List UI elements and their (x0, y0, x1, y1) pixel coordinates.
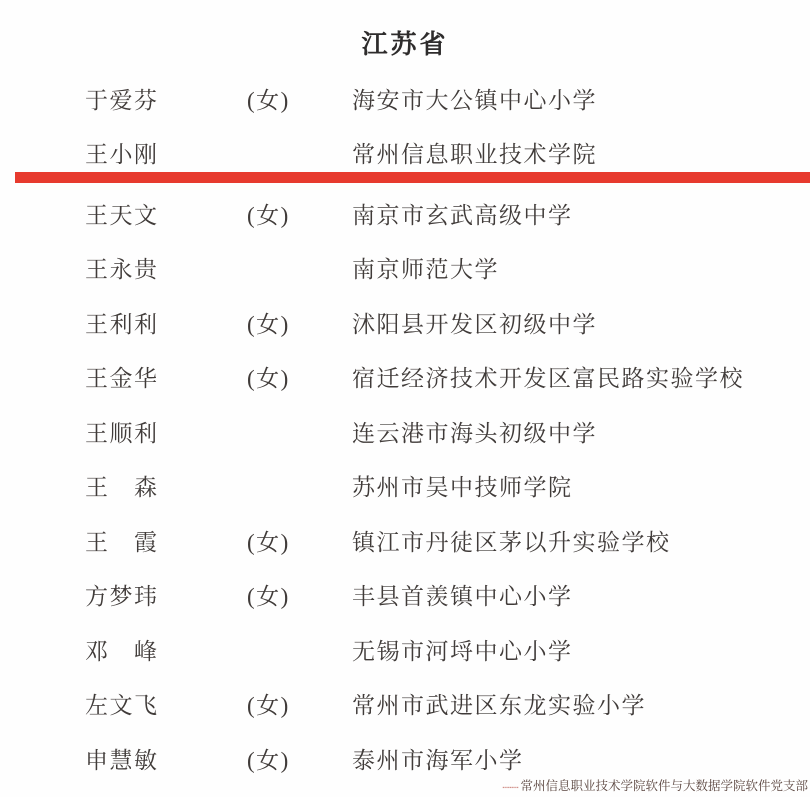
organization: 苏州市吴中技师学院 (352, 469, 573, 502)
table-row: 王天文 (女) 南京市玄武高级中学 (0, 197, 810, 227)
table-row: 王金华 (女) 宿迁经济技术开发区富民路实验学校 (0, 360, 810, 390)
table-row: 王小刚 常州信息职业技术学院 (0, 136, 810, 166)
highlight-underline (15, 172, 810, 183)
table-row: 王 霞 (女) 镇江市丹徒区茅以升实验学校 (0, 524, 810, 554)
organization: 南京市玄武高级中学 (352, 197, 573, 230)
table-row: 王顺利 连云港市海头初级中学 (0, 415, 810, 445)
organization: 常州信息职业技术学院 (352, 136, 597, 169)
person-name: 王顺利 (85, 415, 159, 448)
organization: 无锡市河埒中心小学 (352, 633, 573, 666)
person-name: 申慧敏 (85, 742, 159, 775)
person-name: 王小刚 (85, 136, 159, 169)
gender-label: (女) (247, 524, 290, 557)
person-name: 王利利 (85, 306, 159, 339)
table-row: 王利利 (女) 沭阳县开发区初级中学 (0, 306, 810, 336)
table-row: 左文飞 (女) 常州市武进区东龙实验小学 (0, 687, 810, 717)
organization: 海安市大公镇中心小学 (352, 82, 597, 115)
person-name: 邓 峰 (85, 633, 159, 666)
person-name: 王 霞 (85, 524, 159, 557)
organization: 常州市武进区东龙实验小学 (352, 687, 646, 720)
document-page: 江苏省 于爱芬 (女) 海安市大公镇中心小学 王小刚 常州信息职业技术学院 王天… (0, 0, 810, 797)
person-name: 王天文 (85, 197, 159, 230)
gender-label: (女) (247, 578, 290, 611)
organization: 南京师范大学 (352, 251, 499, 284)
watermark-prefix-marks: ▪▪▪▪▪▪▪▪▪ (503, 786, 519, 791)
organization: 镇江市丹徒区茅以升实验学校 (352, 524, 671, 557)
organization: 丰县首羡镇中心小学 (352, 578, 573, 611)
organization: 沭阳县开发区初级中学 (352, 306, 597, 339)
table-row: 王永贵 南京师范大学 (0, 251, 810, 281)
organization: 泰州市海军小学 (352, 742, 524, 775)
person-name: 方梦玮 (85, 578, 159, 611)
gender-label: (女) (247, 306, 290, 339)
table-row: 方梦玮 (女) 丰县首羡镇中心小学 (0, 578, 810, 608)
gender-label: (女) (247, 687, 290, 720)
organization: 连云港市海头初级中学 (352, 415, 597, 448)
watermark: ▪▪▪▪▪▪▪▪▪ 常州信息职业技术学院软件与大数据学院软件党支部 (503, 776, 808, 794)
province-title: 江苏省 (0, 24, 810, 61)
person-name: 左文飞 (85, 687, 159, 720)
table-row: 王 森 苏州市吴中技师学院 (0, 469, 810, 499)
gender-label: (女) (247, 742, 290, 775)
gender-label: (女) (247, 360, 290, 393)
person-name: 王金华 (85, 360, 159, 393)
gender-label: (女) (247, 82, 290, 115)
table-row: 申慧敏 (女) 泰州市海军小学 (0, 742, 810, 772)
watermark-text: 常州信息职业技术学院软件与大数据学院软件党支部 (520, 776, 808, 794)
table-row: 邓 峰 无锡市河埒中心小学 (0, 633, 810, 663)
person-name: 于爱芬 (85, 82, 159, 115)
organization: 宿迁经济技术开发区富民路实验学校 (352, 360, 744, 393)
person-name: 王 森 (85, 469, 159, 502)
table-row: 于爱芬 (女) 海安市大公镇中心小学 (0, 82, 810, 112)
gender-label: (女) (247, 197, 290, 230)
person-name: 王永贵 (85, 251, 159, 284)
